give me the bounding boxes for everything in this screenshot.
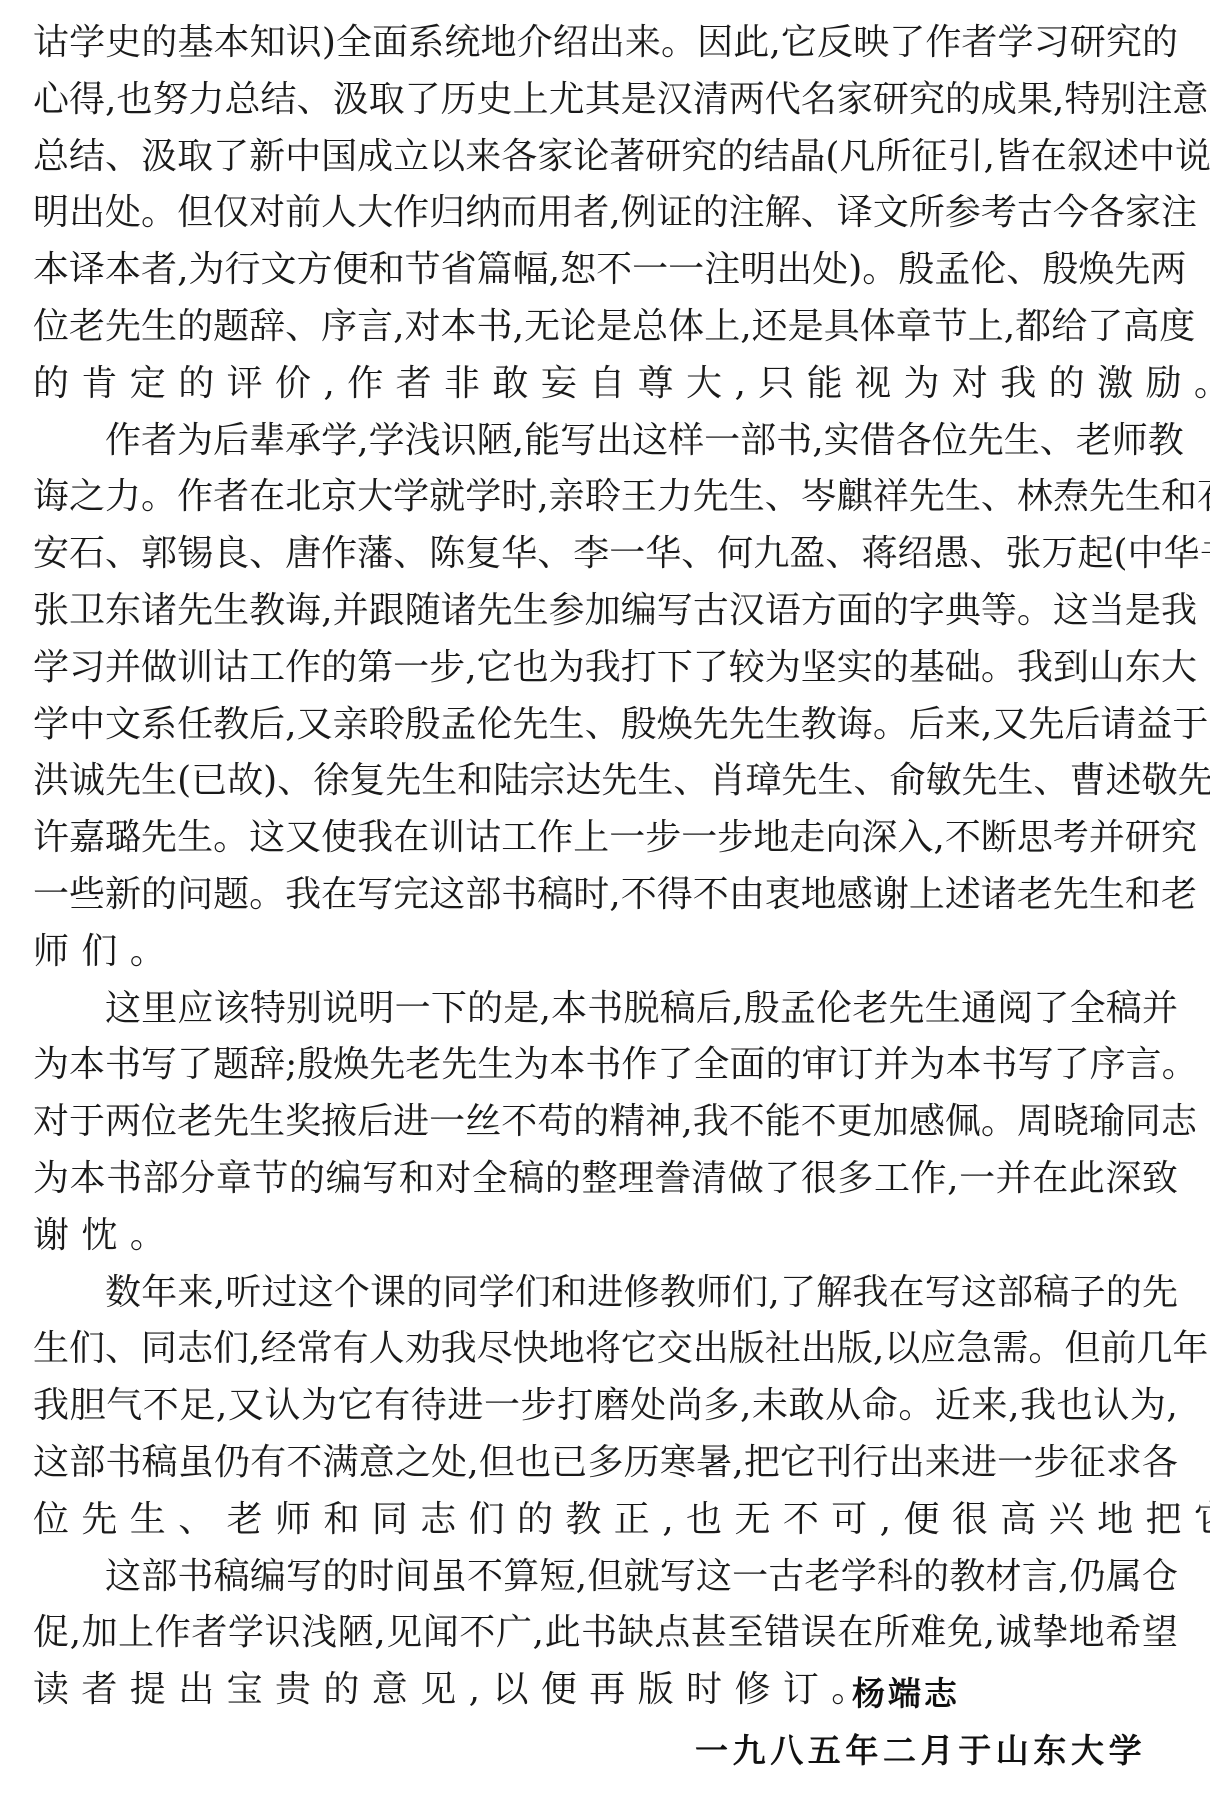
glyph: 能 (524, 413, 560, 469)
glyph: 学 (69, 15, 105, 71)
glyph: 把 (744, 1435, 780, 1491)
glyph: 先 (105, 299, 141, 355)
text-line: 心得,也努力总结、汲取了历史上尤其是汉清两代名家研究的成果,特别注意 (33, 72, 1178, 128)
glyph: 在 (1032, 1151, 1068, 1207)
glyph: 入 (897, 810, 933, 866)
glyph: 甚 (691, 1605, 727, 1661)
glyph: 对 (33, 1094, 69, 1150)
glyph: 已 (191, 753, 227, 809)
glyph: , (357, 413, 368, 469)
glyph: 说 (1175, 129, 1210, 185)
glyph: 了 (657, 1037, 693, 1093)
glyph: 稿 (660, 981, 696, 1037)
glyph: 各 (501, 129, 537, 185)
glyph: , (70, 1605, 81, 1661)
glyph: 同 (141, 1321, 177, 1377)
glyph: 、 (765, 469, 801, 525)
glyph: 它 (477, 640, 513, 696)
glyph: , (374, 1605, 385, 1661)
glyph: 写 (141, 1037, 177, 1093)
text-line: 位先生、老师和同志们的教正,也无不可,便很高兴地把它交给了出版社。 (33, 1492, 1178, 1548)
glyph: 书 (587, 981, 623, 1037)
glyph: 得 (69, 72, 105, 128)
glyph: 诸 (441, 583, 477, 639)
glyph: 果 (1017, 72, 1053, 128)
glyph: 寒 (660, 1435, 696, 1491)
glyph: 别 (286, 981, 322, 1037)
glyph: 些 (69, 867, 105, 923)
glyph: 这 (632, 413, 668, 469)
glyph: 京 (321, 469, 357, 525)
glyph: 也 (515, 1435, 551, 1491)
glyph: 盈 (789, 526, 825, 582)
glyph: 、 (249, 526, 285, 582)
glyph: , (732, 981, 743, 1037)
glyph: 但 (587, 1549, 623, 1605)
glyph: 气 (106, 1378, 142, 1434)
glyph: 两 (1150, 242, 1186, 298)
glyph: 作 (393, 185, 429, 241)
glyph: 基 (177, 15, 213, 71)
glyph: 不 (467, 1549, 503, 1605)
glyph: , (465, 640, 476, 696)
glyph: 新 (105, 867, 141, 923)
glyph: 老 (1017, 867, 1053, 923)
paragraph-first-line: 数年来,听过这个课的同学们和进修教师们,了解我在写这部稿子的先 (105, 1265, 1178, 1321)
glyph: 各 (1142, 1435, 1178, 1491)
glyph: 人 (369, 1321, 405, 1377)
glyph: 学 (998, 15, 1034, 71)
glyph: 时 (573, 867, 609, 923)
glyph: 先 (477, 583, 513, 639)
glyph: 上 (909, 867, 945, 923)
text-line: 我胆气不足,又认为它有待进一步打磨处尚多,未敢从命。近来,我也认为, (33, 1378, 1178, 1434)
glyph: 它 (621, 1321, 657, 1377)
glyph: 誊 (655, 1151, 691, 1207)
glyph: , (549, 242, 560, 298)
glyph: 前 (1100, 1321, 1136, 1377)
glyph: 前 (285, 185, 321, 241)
glyph: 稿 (537, 867, 573, 923)
glyph: 皆 (995, 129, 1031, 185)
glyph: 虽 (178, 1435, 214, 1491)
glyph: 修 (623, 1265, 659, 1321)
glyph: 华 (645, 526, 681, 582)
glyph: , (732, 1435, 743, 1491)
glyph: , (533, 1605, 544, 1661)
glyph: 部 (997, 1265, 1033, 1321)
glyph: 先 (693, 697, 729, 753)
glyph: 先 (601, 753, 637, 809)
glyph: , (177, 242, 188, 298)
glyph: 者 (961, 15, 997, 71)
glyph: 实 (824, 413, 860, 469)
glyph: 汲 (141, 129, 177, 185)
glyph: ( (825, 129, 839, 185)
glyph: 将 (585, 1321, 621, 1377)
glyph: , (812, 413, 823, 469)
glyph: 在 (1031, 129, 1067, 185)
glyph: 向 (825, 810, 861, 866)
glyph: 本 (946, 1037, 982, 1093)
glyph: 这 (249, 810, 285, 866)
glyph: 中 (69, 697, 105, 753)
glyph: 劝 (405, 1321, 441, 1377)
glyph: 生 (177, 810, 213, 866)
glyph: 断 (981, 810, 1017, 866)
glyph: 而 (501, 185, 537, 241)
glyph: 、 (393, 526, 429, 582)
glyph: 、 (585, 697, 621, 753)
glyph: 。 (1028, 1321, 1064, 1377)
glyph: 一 (609, 810, 645, 866)
glyph: 来 (925, 1435, 961, 1491)
glyph: 诸 (981, 867, 1017, 923)
glyph: 编 (621, 583, 657, 639)
glyph: , (1166, 1378, 1177, 1434)
glyph: 人 (321, 185, 357, 241)
glyph: 位 (33, 299, 69, 355)
glyph: 稿 (142, 1435, 178, 1491)
glyph: 中 (285, 129, 321, 185)
glyph: 、 (673, 753, 709, 809)
glyph: 位 (932, 413, 968, 469)
glyph: 国 (321, 129, 357, 185)
glyph: 俞 (889, 753, 925, 809)
glyph: 一 (668, 242, 704, 298)
glyph: 承 (285, 413, 321, 469)
glyph: 使 (321, 810, 357, 866)
glyph: 出 (69, 185, 105, 241)
glyph: 里 (141, 981, 177, 1037)
glyph: 为 (33, 1151, 69, 1207)
glyph: 求 (1106, 1435, 1142, 1491)
glyph: 同 (1125, 1094, 1161, 1150)
glyph: 。 (873, 697, 909, 753)
glyph: 到 (1053, 640, 1089, 696)
glyph: 胆 (70, 1378, 106, 1434)
glyph: 、 (105, 129, 141, 185)
glyph: 历 (624, 1435, 660, 1491)
glyph: 万 (1041, 526, 1077, 582)
glyph: 高 (1123, 299, 1159, 355)
glyph: 汉 (657, 72, 693, 128)
glyph: 不 (729, 1094, 765, 1150)
glyph: 本 (70, 1151, 106, 1207)
glyph: 这 (105, 981, 141, 1037)
glyph: 、 (1034, 753, 1070, 809)
glyph: 常 (297, 1321, 333, 1377)
glyph: , (513, 299, 524, 355)
glyph: 家 (837, 72, 873, 128)
glyph: 家 (1125, 185, 1161, 241)
text-line: 总结、汲取了新中国成立以来各家论著研究的结晶(凡所征引,皆在叙述中说 (33, 129, 1178, 185)
glyph: 作 (155, 1605, 191, 1661)
glyph: 稿 (214, 1549, 250, 1605)
glyph: 祥 (873, 469, 909, 525)
glyph: 的 (289, 1151, 325, 1207)
glyph: 锡 (177, 526, 213, 582)
glyph: 等 (981, 583, 1017, 639)
glyph: 的 (141, 15, 177, 71)
text-line: 本译本者,为行文方便和节省篇幅,恕不一一注明出处)。殷孟伦、殷焕先两 (33, 242, 1178, 298)
glyph: 汉 (729, 583, 765, 639)
glyph: 先 (441, 1037, 477, 1093)
glyph: 诸 (141, 583, 177, 639)
glyph: 工 (874, 1151, 910, 1207)
glyph: 殷 (297, 1037, 333, 1093)
glyph: 孟 (780, 981, 816, 1037)
glyph: 稿 (1033, 1265, 1069, 1321)
glyph: 分 (179, 1151, 215, 1207)
glyph: 面 (729, 1037, 765, 1093)
glyph: 古 (768, 1549, 804, 1605)
glyph: 成 (981, 72, 1017, 128)
glyph: 成 (357, 129, 393, 185)
glyph: 处 (105, 185, 141, 241)
glyph: 诚 (69, 753, 105, 809)
text-line: 学习并做训诂工作的第一步,它也为我打下了较为坚实的基础。我到山东大 (33, 640, 1178, 696)
glyph: 也 (116, 72, 152, 128)
glyph: 这 (33, 1435, 69, 1491)
glyph: 归 (429, 185, 465, 241)
glyph: 阅 (997, 981, 1033, 1037)
glyph: 我 (33, 1378, 69, 1434)
glyph: 后 (249, 697, 285, 753)
glyph: 这 (105, 1549, 141, 1605)
glyph: , (609, 867, 620, 923)
glyph: 节 (932, 299, 968, 355)
glyph: 仅 (213, 185, 249, 241)
glyph: 陋 (477, 413, 513, 469)
glyph: 又 (228, 1378, 264, 1434)
glyph: 、 (969, 526, 1005, 582)
text-line: 位老先生的题辞、序言,对本书,无论是总体上,还是具体章节上,都给了高度 (33, 299, 1178, 355)
glyph: 李 (573, 526, 609, 582)
glyph: 明 (358, 981, 394, 1037)
glyph: 所 (874, 1605, 910, 1661)
glyph: 广 (496, 1605, 532, 1661)
glyph: 引 (947, 129, 983, 185)
glyph: 不 (459, 1605, 495, 1661)
glyph: 能 (765, 1094, 801, 1150)
glyph: 教 (949, 1549, 985, 1605)
glyph: 参 (945, 185, 981, 241)
glyph: 殷 (1042, 242, 1078, 298)
glyph: 题 (213, 299, 249, 355)
glyph: 神 (645, 1094, 681, 1150)
glyph: 体 (860, 299, 896, 355)
glyph: 本 (441, 299, 477, 355)
glyph: , (740, 299, 751, 355)
glyph: 因 (697, 15, 733, 71)
glyph: 。 (249, 867, 285, 923)
glyph: 挚 (1032, 1605, 1068, 1661)
glyph: 徐 (313, 753, 349, 809)
glyph: 古 (693, 583, 729, 639)
glyph: 的 (913, 1549, 949, 1605)
glyph: 部 (143, 1151, 179, 1207)
glyph: 其 (585, 72, 621, 128)
glyph: 础 (945, 640, 981, 696)
glyph: 多 (587, 1435, 623, 1491)
glyph: 的 (406, 1265, 442, 1321)
glyph: 肖 (709, 753, 745, 809)
glyph: 写 (660, 1549, 696, 1605)
glyph: 力 (657, 469, 693, 525)
glyph: 我 (693, 1094, 729, 1150)
glyph: 工 (249, 640, 285, 696)
glyph: 对 (249, 185, 285, 241)
glyph: , (681, 1094, 692, 1150)
glyph: 于 (1172, 697, 1208, 753)
glyph: 郭 (141, 526, 177, 582)
glyph: , (537, 469, 548, 525)
glyph: 藩 (357, 526, 393, 582)
glyph: 同 (442, 1265, 478, 1321)
glyph: 焕 (657, 697, 693, 753)
glyph: 位 (141, 1094, 177, 1150)
glyph: 免 (947, 1605, 983, 1661)
text-line: 安石、郭锡良、唐作藩、陈复华、李一华、何九盈、蒋绍愚、张万起(中华书局)、 (33, 526, 1178, 582)
glyph: 王 (621, 469, 657, 525)
glyph: 各 (896, 413, 932, 469)
glyph: 生 (945, 469, 981, 525)
glyph: 生 (549, 697, 585, 753)
glyph: , (249, 1321, 260, 1377)
glyph: 生 (421, 753, 457, 809)
glyph: 处 (630, 1378, 666, 1434)
glyph: 生 (513, 583, 549, 639)
glyph: 老 (1076, 413, 1112, 469)
glyph: 是 (621, 72, 657, 128)
glyph: 加 (82, 1605, 118, 1661)
glyph: 意 (359, 1435, 395, 1491)
glyph: 步 (717, 810, 753, 866)
glyph: 章 (896, 299, 932, 355)
glyph: 石 (1197, 469, 1210, 525)
glyph: 理 (618, 1151, 654, 1207)
glyph: 复 (465, 526, 501, 582)
glyph: 。 (213, 810, 249, 866)
glyph: 整 (581, 1151, 617, 1207)
glyph: 辈 (249, 413, 285, 469)
glyph: 。 (898, 1378, 934, 1434)
text-line: 洪诚先生(已故)、徐复先生和陆宗达先生、肖璋先生、俞敏先生、曹述敬先生、 (33, 753, 1178, 809)
glyph: 应 (177, 981, 213, 1037)
glyph: 两 (729, 72, 765, 128)
glyph: 出 (596, 413, 632, 469)
glyph: 聆 (369, 697, 405, 753)
glyph: , (216, 1378, 227, 1434)
text-line: 学中文系任教后,又亲聆殷孟伦先生、殷焕先先生教诲。后来,又先后请益于 (33, 697, 1178, 753)
glyph: 伦 (970, 242, 1006, 298)
glyph: 来 (465, 129, 501, 185)
glyph: 作 (621, 1037, 657, 1093)
glyph: 大 (357, 469, 393, 525)
glyph: 工 (501, 810, 537, 866)
glyph: 辞 (249, 299, 285, 355)
glyph: 问 (177, 867, 213, 923)
glyph: 不 (621, 867, 657, 923)
glyph: 征 (1070, 1435, 1106, 1491)
glyph: 过 (261, 1265, 297, 1321)
glyph: 和 (399, 1151, 435, 1207)
glyph: 跟 (369, 583, 405, 639)
glyph: 参 (549, 583, 585, 639)
glyph: 急 (956, 1321, 992, 1377)
glyph: 深 (861, 810, 897, 866)
glyph: 浅 (301, 1605, 337, 1661)
glyph: 解 (765, 185, 801, 241)
glyph: 样 (668, 413, 704, 469)
glyph: 并 (105, 640, 141, 696)
glyph: 敬 (1142, 753, 1178, 809)
glyph: 为 (549, 640, 585, 696)
glyph: 教 (249, 583, 285, 639)
glyph: 衷 (765, 867, 801, 923)
glyph: 序 (321, 299, 357, 355)
glyph: 历 (441, 72, 477, 128)
glyph: 教 (801, 697, 837, 753)
glyph: 听 (225, 1265, 261, 1321)
glyph: 有 (250, 1435, 286, 1491)
glyph: 了 (1033, 981, 1069, 1037)
glyph: 应 (920, 1321, 956, 1377)
paragraph-first-line: 这部书稿编写的时间虽不算短,但就写这一古老学科的教材言,仍属仓 (105, 1549, 1178, 1605)
glyph: 。 (862, 242, 898, 298)
glyph: 年 (1172, 1321, 1208, 1377)
glyph: 完 (393, 867, 429, 923)
glyph: 、 (801, 185, 837, 241)
glyph: 编 (250, 1549, 286, 1605)
glyph: 部 (141, 1549, 177, 1605)
glyph: 并 (333, 583, 369, 639)
text-line: 为本书写了题辞;殷焕先老先生为本书作了全面的审订并为本书写了序言。 (33, 1037, 1178, 1093)
glyph: , (539, 981, 550, 1037)
glyph: 所 (909, 185, 945, 241)
glyph: 史 (477, 72, 513, 128)
text-line: 对于两位老先生奖掖后进一丝不苟的精神,我不能不更加感佩。周晓瑜同志 (33, 1094, 1178, 1150)
glyph: 节 (405, 242, 441, 298)
glyph: ( (177, 753, 191, 809)
glyph: 周 (1017, 1094, 1053, 1150)
glyph: 先 (1114, 242, 1150, 298)
glyph: 尤 (549, 72, 585, 128)
glyph: 本 (549, 1037, 585, 1093)
glyph: 用 (537, 185, 573, 241)
glyph: 一 (681, 810, 717, 866)
glyph: ) (263, 753, 277, 809)
glyph: 精 (609, 1094, 645, 1150)
glyph: 两 (105, 1094, 141, 1150)
glyph: 命 (862, 1378, 898, 1434)
glyph: 先 (1028, 697, 1064, 753)
glyph: ( (1113, 526, 1127, 582)
glyph: 典 (945, 583, 981, 639)
glyph: 代 (765, 72, 801, 128)
glyph: 来 (971, 1378, 1007, 1434)
glyph: 作 (105, 413, 141, 469)
glyph: 也 (513, 640, 549, 696)
glyph: 不 (693, 867, 729, 923)
glyph: 东 (105, 583, 141, 639)
glyph: 学 (33, 697, 69, 753)
glyph: 部 (465, 867, 501, 923)
glyph: 仍 (214, 1435, 250, 1491)
glyph: 此 (733, 15, 769, 71)
glyph: 的 (765, 1037, 801, 1093)
